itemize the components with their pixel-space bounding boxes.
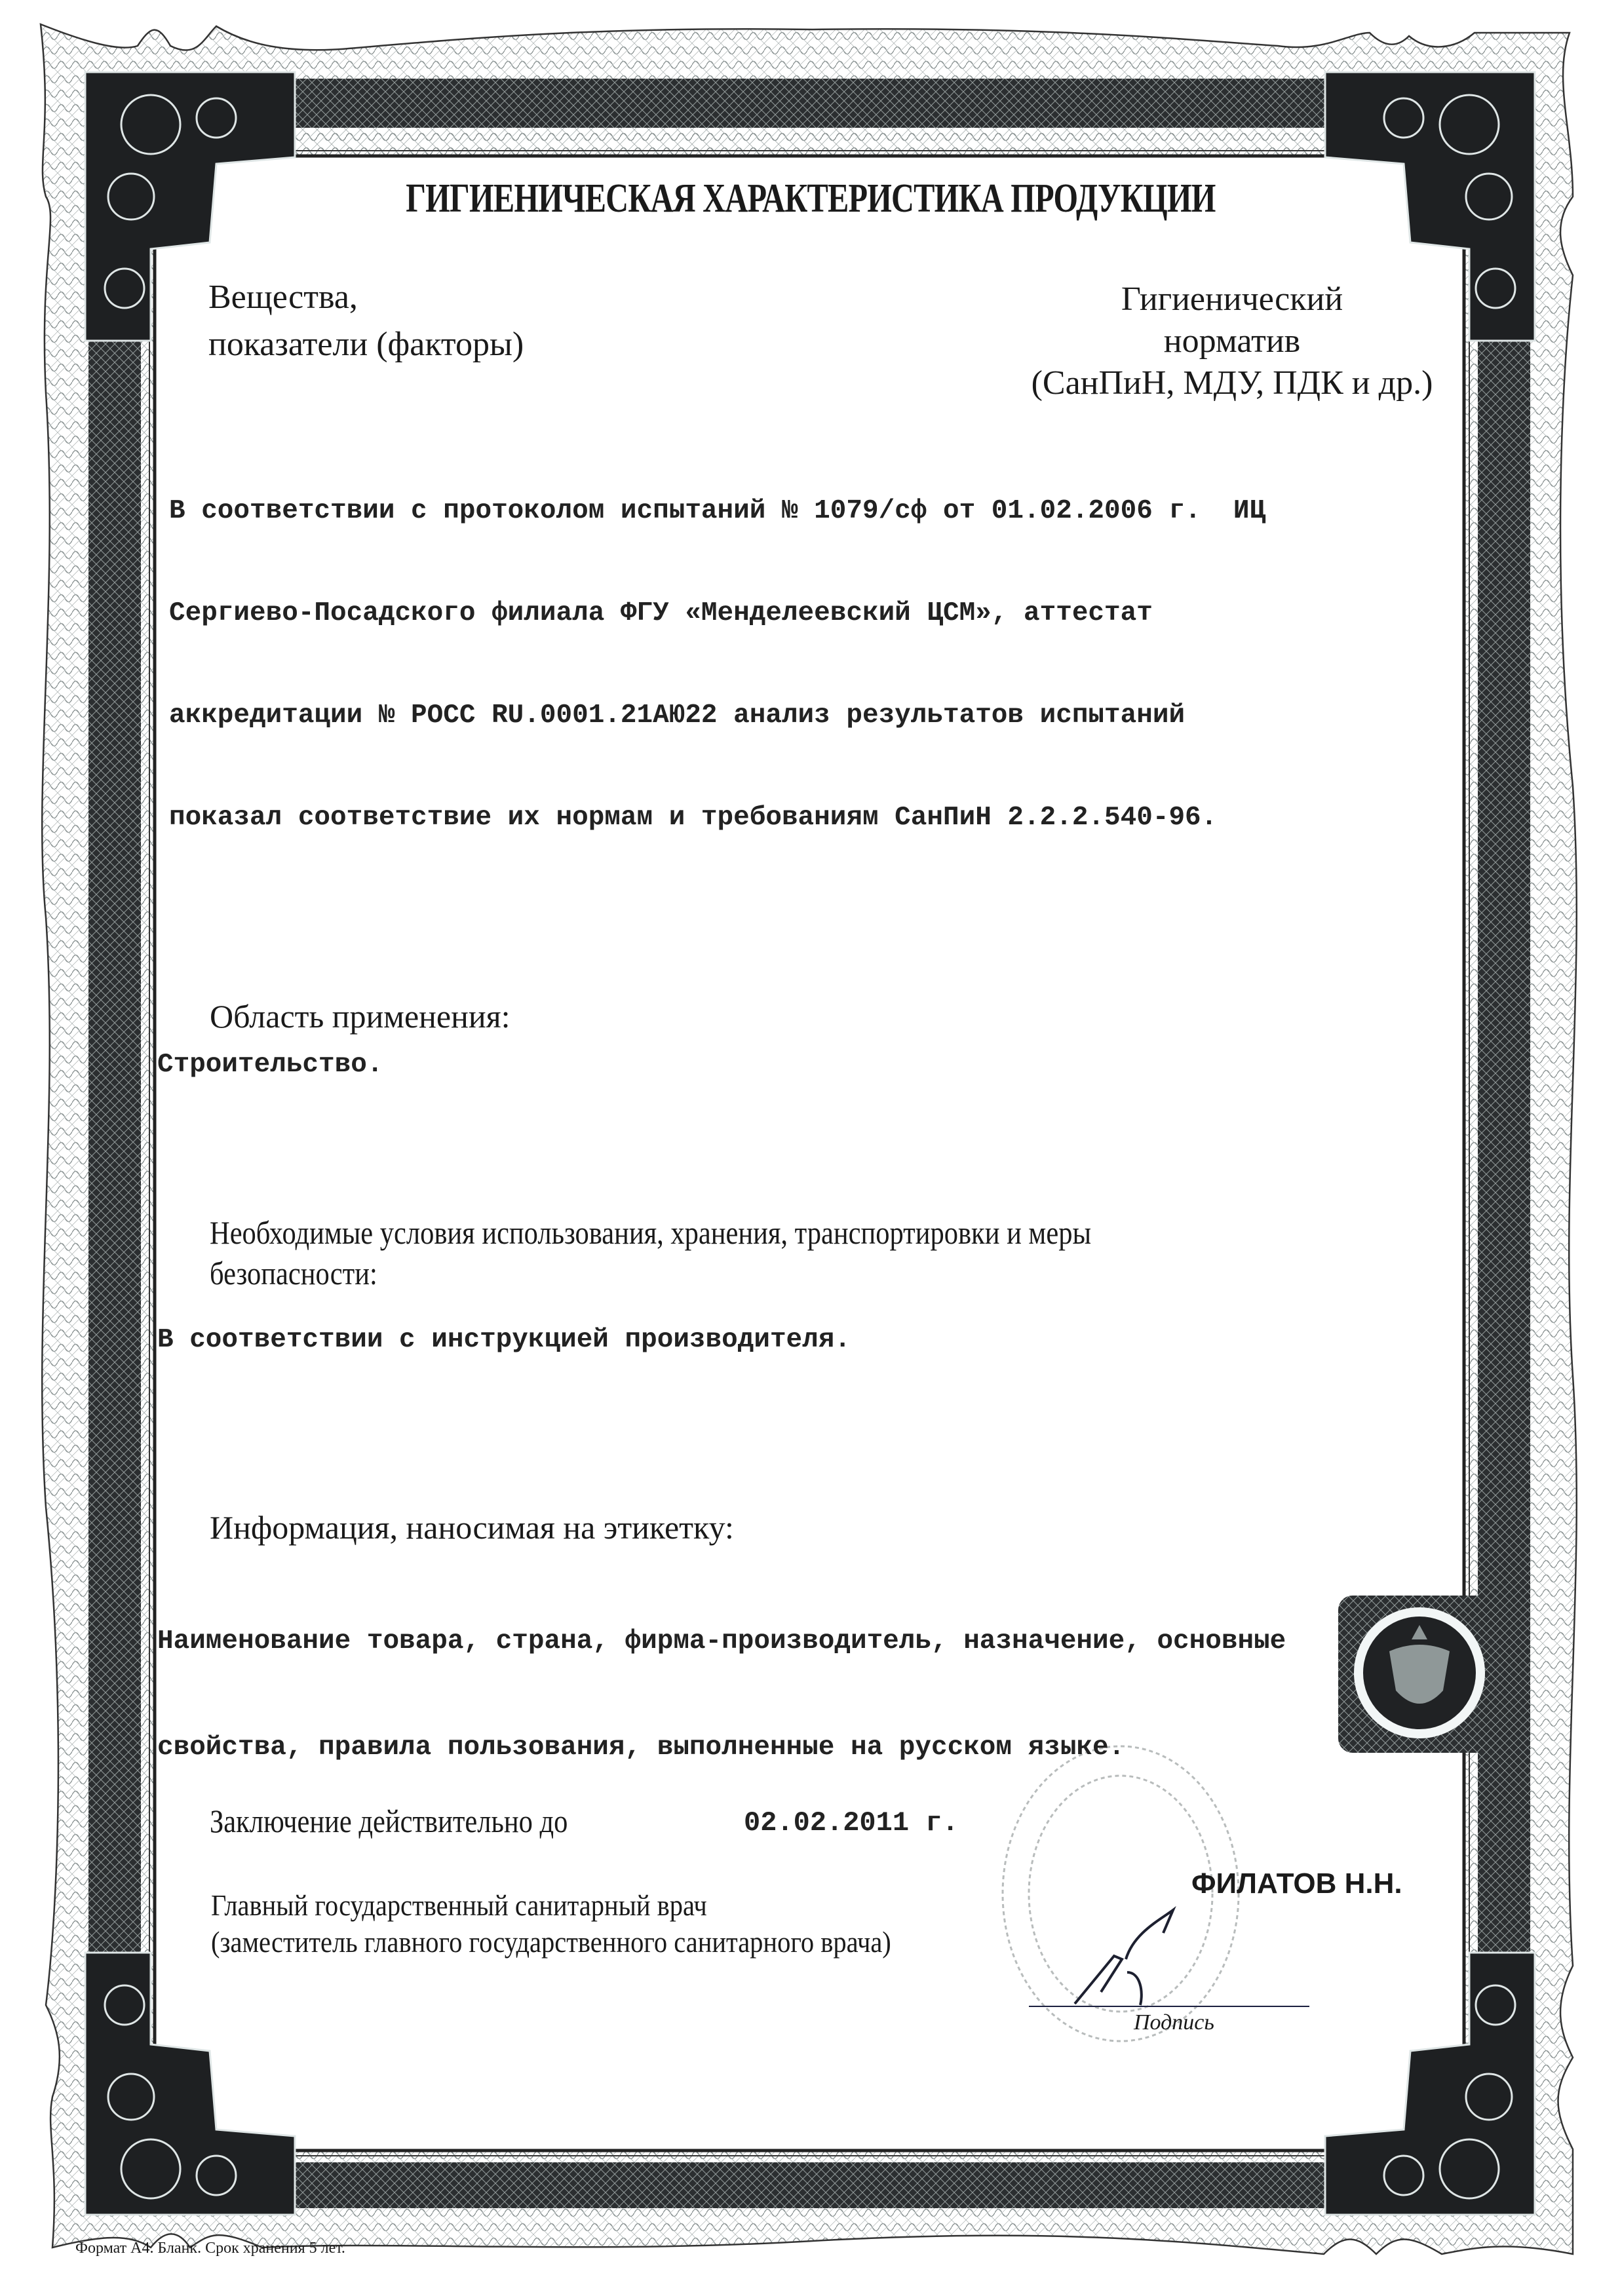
label-info-line2: свойства, правила пользования, выполненн… [157, 1730, 1286, 1765]
test-result-line: В соответствии с протоколом испытаний № … [169, 494, 1265, 528]
test-result-line: Сергиево-Посадского филиала ФГУ «Менделе… [169, 596, 1265, 630]
test-result-line: показал соответствие их нормам и требова… [169, 801, 1265, 835]
signature-caption: Подпись [1134, 2010, 1214, 2035]
signatory-title: Главный государственный санитарный врач … [211, 1887, 891, 1961]
validity-label: Заключение действительно до [210, 1802, 568, 1840]
signatory-title-line2: (заместитель главного государственного с… [211, 1924, 891, 1961]
page-title: ГИГИЕНИЧЕСКАЯ ХАРАКТЕРИСТИКА ПРОДУКЦИИ [179, 176, 1442, 222]
application-value: Строительство. [157, 1050, 383, 1080]
conditions-value: В соответствии с инструкцией производите… [157, 1325, 851, 1355]
conditions-label-line2: безопасности: [210, 1253, 1091, 1293]
norm-header-line1: Гигиенический [970, 278, 1494, 320]
norm-header-line2: норматив [970, 320, 1494, 362]
signature-line [1029, 2006, 1309, 2007]
validity-date: 02.02.2011 г. [744, 1807, 959, 1839]
test-result-line: аккредитации № РОСС RU.0001.21АЮ22 анали… [169, 698, 1265, 733]
substances-header-line1: Вещества, [208, 274, 524, 321]
norm-header-line3: (СанПиН, МДУ, ПДК и др.) [970, 362, 1494, 404]
label-info-label: Информация, наносимая на этикетку: [210, 1508, 734, 1546]
substances-column-header: Вещества, показатели (факторы) [208, 274, 524, 368]
hologram-emblem [1338, 1596, 1499, 1753]
label-info-value: Наименование товара, страна, фирма-произ… [157, 1553, 1286, 1801]
test-result-paragraph: В соответствии с протоколом испытаний № … [169, 426, 1265, 869]
substances-header-line2: показатели (факторы) [208, 321, 524, 368]
norm-column-header: Гигиенический норматив (СанПиН, МДУ, ПДК… [970, 278, 1494, 404]
label-info-line1: Наименование товара, страна, фирма-произ… [157, 1624, 1286, 1659]
conditions-label: Необходимые условия использования, хране… [210, 1212, 1091, 1293]
application-label: Область применения: [210, 997, 511, 1035]
form-footer: Формат А4. Бланк. Срок хранения 5 лет. [75, 2240, 345, 2257]
signatory-name: ФИЛАТОВ Н.Н. [1191, 1867, 1402, 1900]
conditions-label-line1: Необходимые условия использования, хране… [210, 1212, 1091, 1253]
signatory-title-line1: Главный государственный санитарный врач [211, 1887, 891, 1924]
